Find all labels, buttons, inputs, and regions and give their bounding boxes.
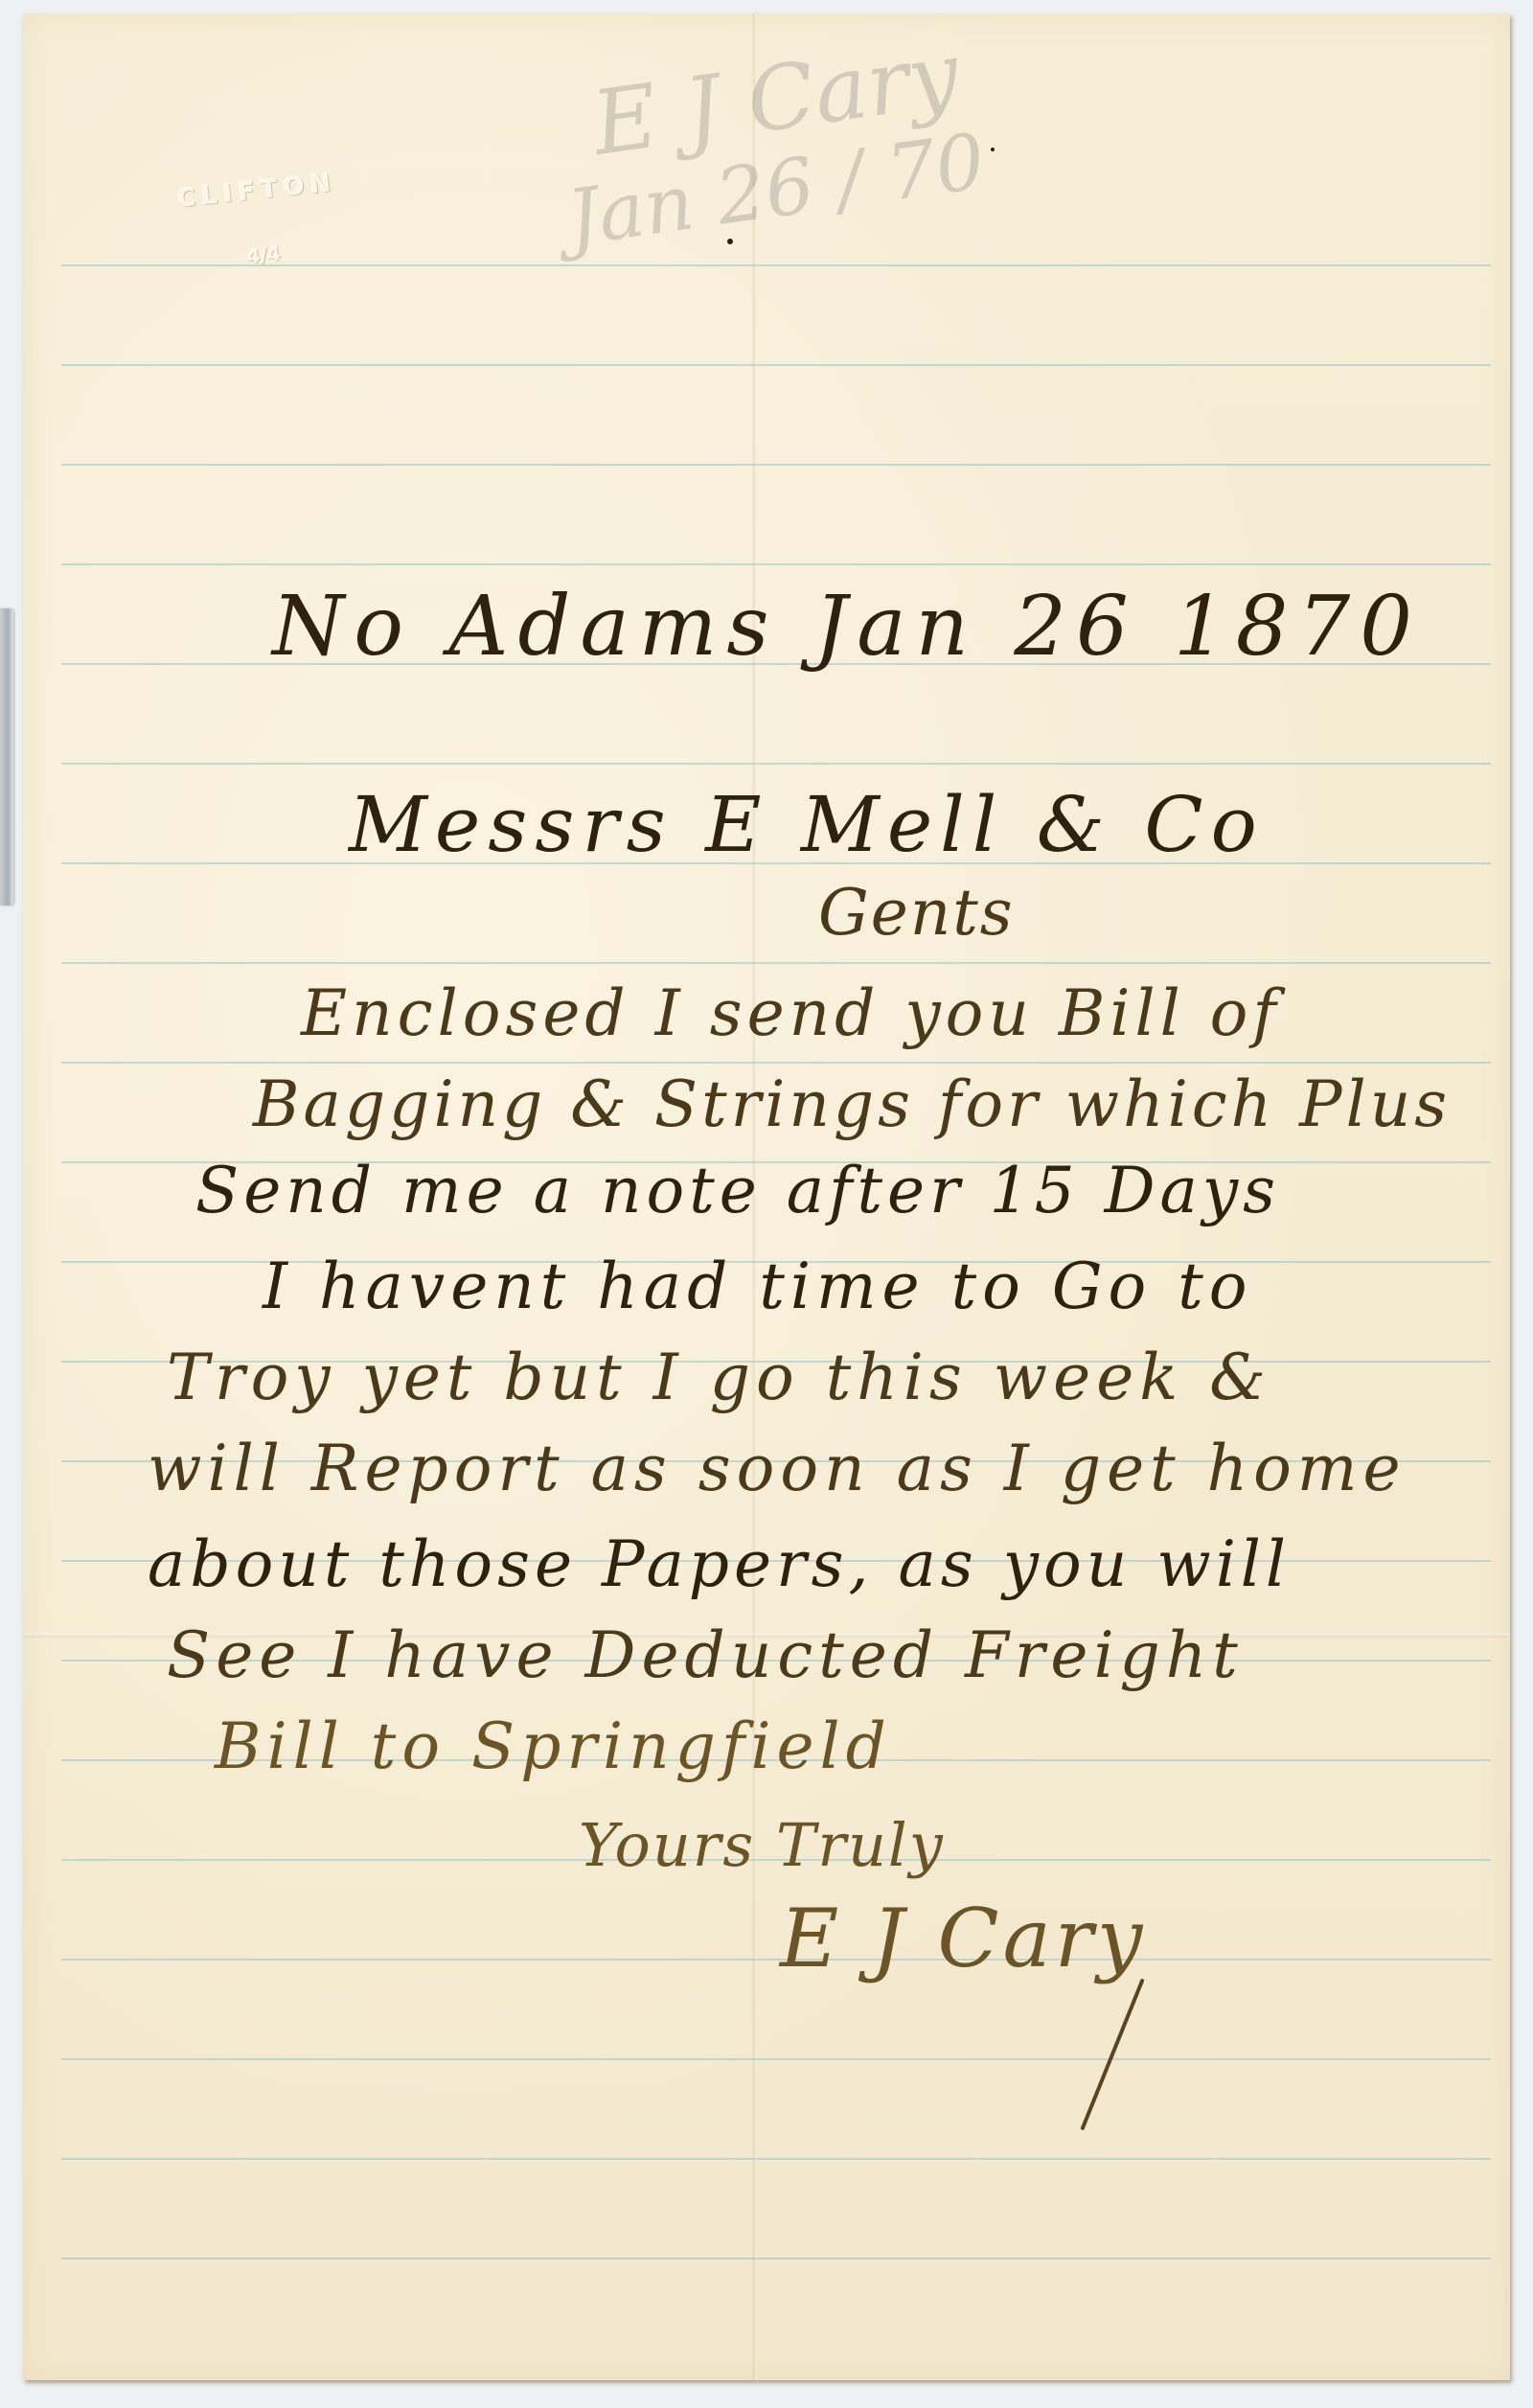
letter-dateline: No Adams Jan 26 1870 xyxy=(272,579,1422,675)
ink-speck xyxy=(727,239,733,244)
letter-sheet: CLIFTON 4/4 E J Cary Jan 26 / 70 No Adam… xyxy=(23,13,1510,2380)
embossed-stationer-stamp: CLIFTON 4/4 xyxy=(160,167,365,320)
rule-line xyxy=(61,1959,1491,1961)
rule-line xyxy=(61,364,1491,366)
emboss-stamp-text: CLIFTON xyxy=(160,167,362,301)
letter-body-line: about those Papers, as you will xyxy=(148,1527,1291,1601)
letter-body-line: Troy yet but I go this week & xyxy=(167,1341,1271,1414)
rule-line xyxy=(61,1062,1491,1064)
letter-body-line: I havent had time to Go to xyxy=(263,1250,1253,1323)
rule-line xyxy=(61,763,1491,765)
rule-line xyxy=(61,2158,1491,2160)
letter-body-line: Send me a note after 15 Days xyxy=(195,1154,1280,1227)
rule-line xyxy=(61,563,1491,565)
rule-line xyxy=(61,2058,1491,2060)
rule-line xyxy=(61,2258,1491,2259)
letter-signature: E J Cary xyxy=(780,1892,1146,1985)
letter-body-line: Bagging & Strings for which Plus xyxy=(253,1067,1451,1141)
letter-body-line: Enclosed I send you Bill of xyxy=(301,976,1281,1050)
binder-clip-tab xyxy=(0,608,13,906)
letter-body-line: will Report as soon as I get home xyxy=(148,1432,1407,1505)
ink-speck xyxy=(991,148,995,151)
letter-addressee: Messrs E Mell & Co xyxy=(349,780,1265,869)
letter-closing: Yours Truly xyxy=(579,1810,945,1880)
letter-body-line: Bill to Springfield xyxy=(215,1709,892,1783)
rule-line xyxy=(61,464,1491,466)
letter-body-line: See I have Deducted Freight xyxy=(167,1618,1244,1692)
letter-salutation: Gents xyxy=(818,876,1015,950)
rule-line xyxy=(61,962,1491,964)
